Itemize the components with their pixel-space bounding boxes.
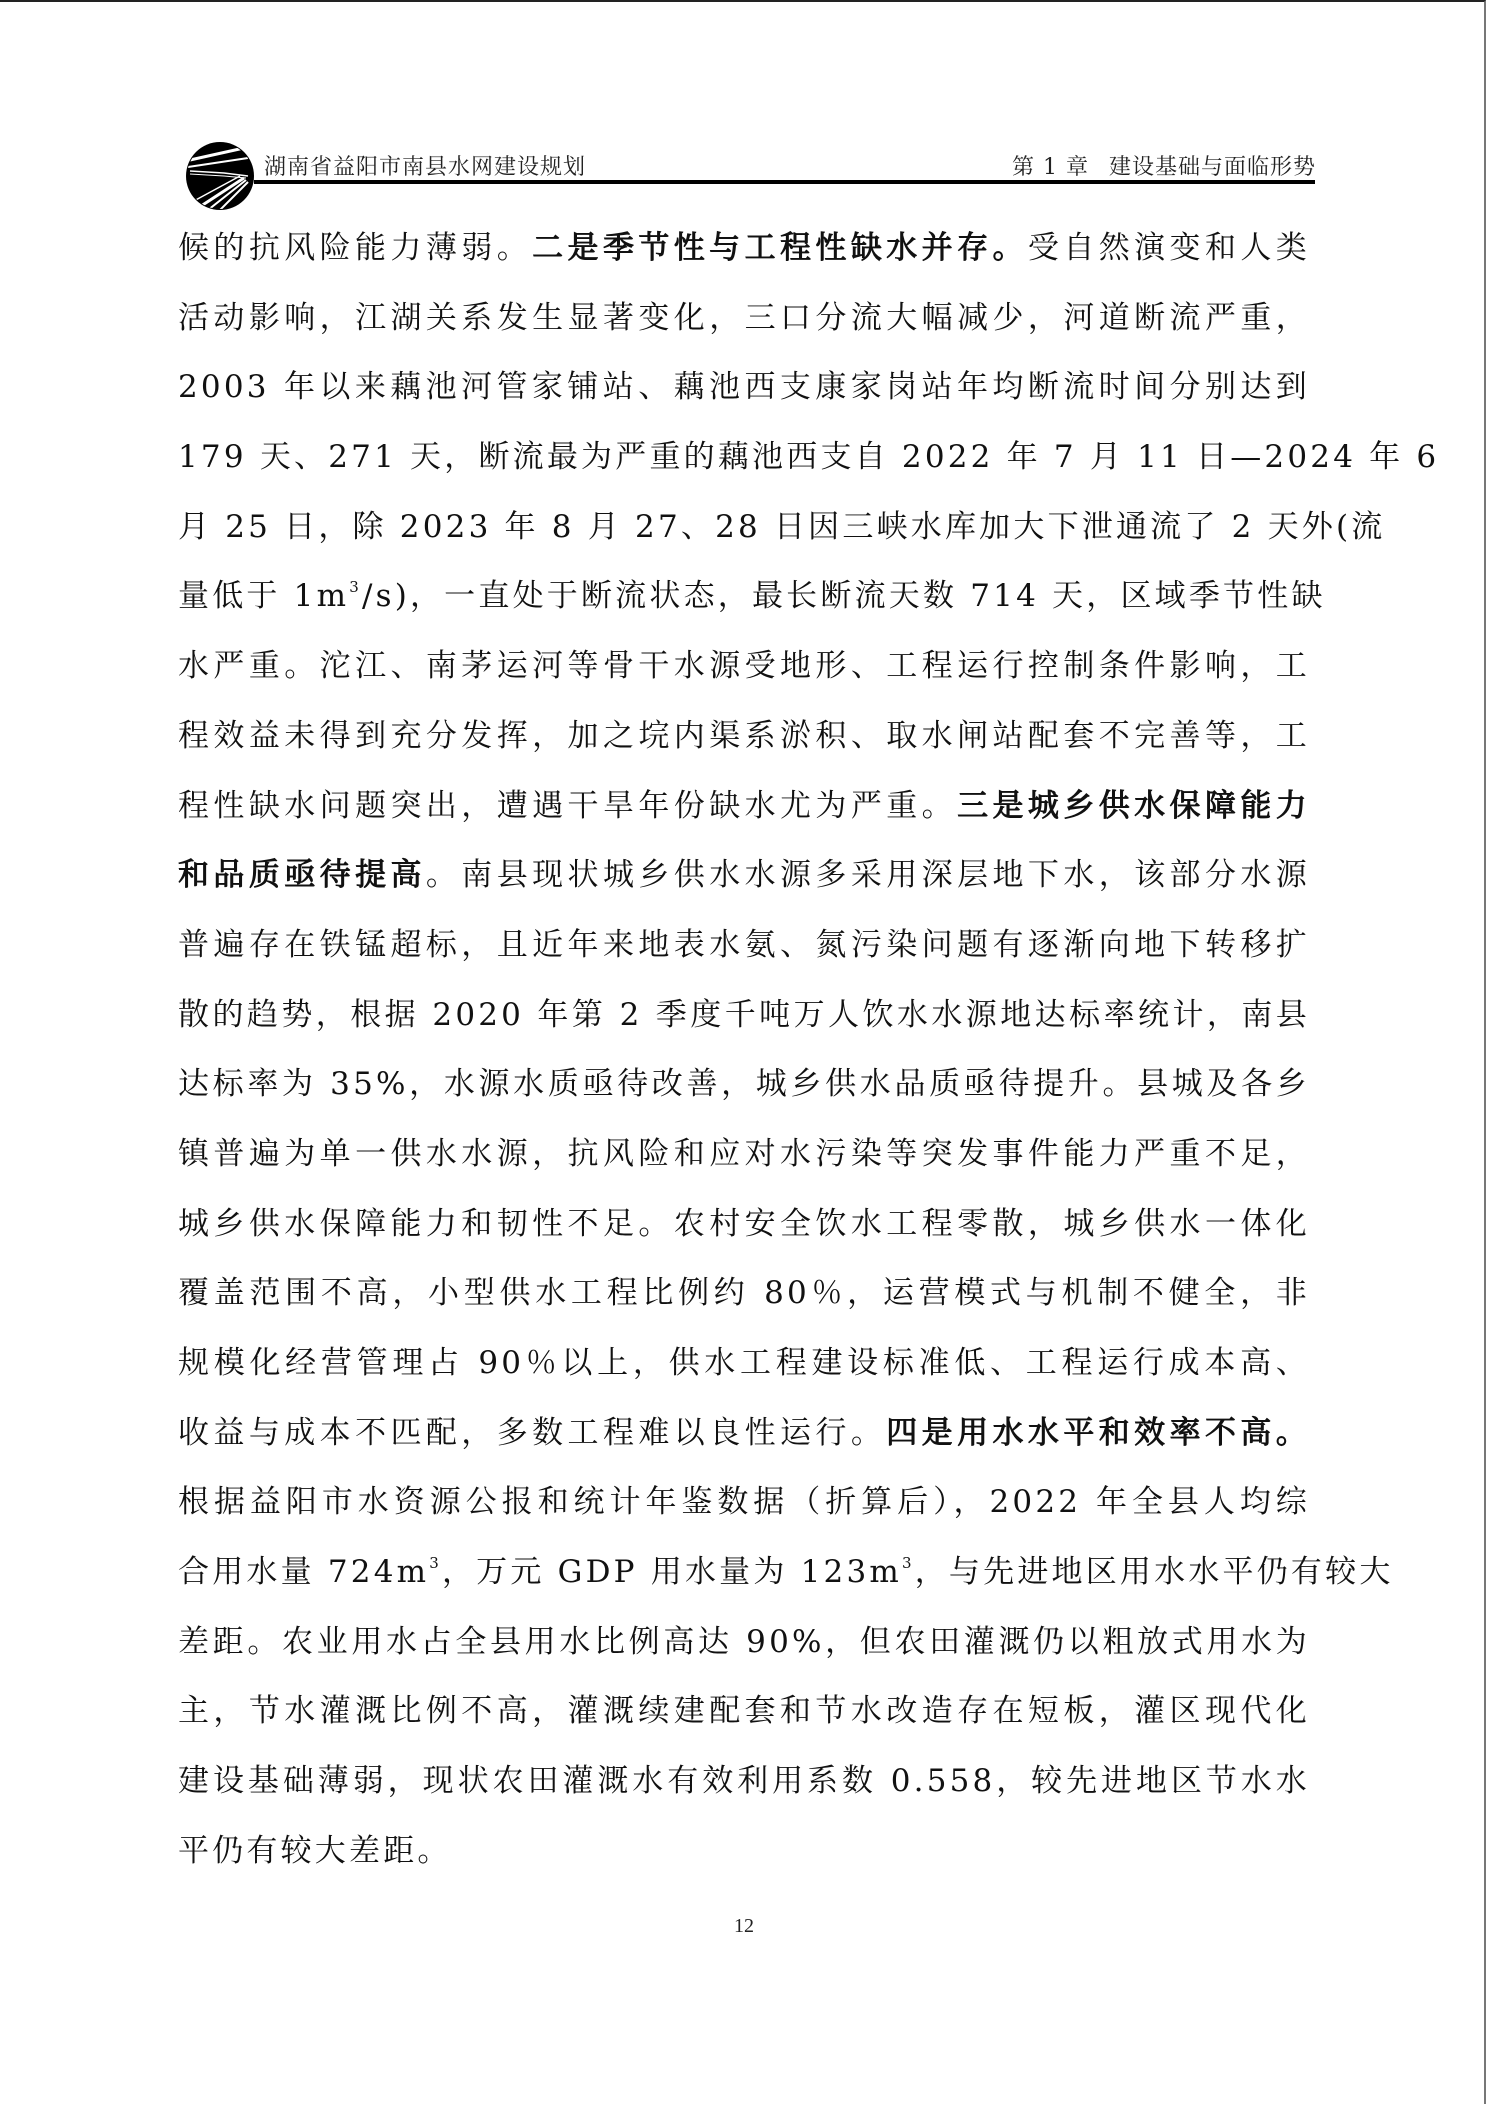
text-segment: 水严重。沱江、南茅运河等骨干水源受地形、工程运行控制条件影响，工 [178,648,1310,684]
text-segment: 程效益未得到充分发挥，加之垸内渠系淤积、取水闸站配套不完善等，工 [178,718,1310,754]
text-segment: 普遍存在铁锰超标，且近年来地表水氨、氮污染问题有逐渐向地下转移扩 [178,927,1310,963]
bold-heading-text: 二是季节性与工程性缺水并存。 [532,230,1028,266]
text-segment: 根据益阳市水资源公报和统计年鉴数据（折算后），2022 年全县人均综 [178,1484,1310,1520]
page-header: 湖南省益阳市南县水网建设规划 第 1 章建设基础与面临形势 [182,138,1312,198]
text-segment: 差距。农业用水占全县用水比例高达 90%，但农田灌溉仍以粗放式用水为 [178,1624,1310,1660]
text-segment: 建设基础薄弱，现状农田灌溉水有效利用系数 0.558，较先进地区节水水 [178,1763,1310,1799]
superscript: 3 [429,1554,442,1572]
chapter-title: 建设基础与面临形势 [1109,155,1316,180]
text-segment: 平仍有较大差距。 [178,1833,452,1869]
text-line: 合用水量 724m3，万元 GDP 用水量为 123m3，与先进地区用水水平仍有… [178,1546,1310,1616]
text-line: 差距。农业用水占全县用水比例高达 90%，但农田灌溉仍以粗放式用水为 [178,1616,1310,1686]
text-line: 水严重。沱江、南茅运河等骨干水源受地形、工程运行控制条件影响，工 [178,640,1310,710]
text-line: 散的趋势，根据 2020 年第 2 季度千吨万人饮水水源地达标率统计，南县 [178,989,1310,1059]
text-line: 2003 年以来藕池河管家铺站、藕池西支康家岗站年均断流时间分别达到 [178,361,1310,431]
text-line: 主，节水灌溉比例不高，灌溉续建配套和节水改造存在短板，灌区现代化 [178,1685,1310,1755]
text-segment: 2003 年以来藕池河管家铺站、藕池西支康家岗站年均断流时间分别达到 [178,369,1310,405]
text-line: 活动影响，江湖关系发生显著变化，三口分流大幅减少，河道断流严重， [178,292,1310,362]
text-segment: 受自然演变和人类 [1028,230,1310,266]
text-segment: 散的趋势，根据 2020 年第 2 季度千吨万人饮水水源地达标率统计，南县 [178,997,1310,1033]
text-segment: 覆盖范围不高，小型供水工程比例约 80％，运营模式与机制不健全，非 [178,1275,1310,1311]
text-segment: ，与先进地区用水水平仍有较大 [915,1554,1394,1590]
body-paragraph: 候的抗风险能力薄弱。二是季节性与工程性缺水并存。受自然演变和人类活动影响，江湖关… [178,222,1318,1895]
text-line: 程效益未得到充分发挥，加之垸内渠系淤积、取水闸站配套不完善等，工 [178,710,1310,780]
text-line: 179 天、271 天，断流最为严重的藕池西支自 2022 年 7 月 11 日… [178,431,1310,501]
text-line: 和品质亟待提高。南县现状城乡供水水源多采用深层地下水，该部分水源 [178,849,1310,919]
chapter-label: 第 1 章 [1012,155,1089,180]
text-line: 城乡供水保障能力和韧性不足。农村安全饮水工程零散，城乡供水一体化 [178,1198,1310,1268]
text-line: 平仍有较大差距。 [178,1825,1318,1895]
text-line: 覆盖范围不高，小型供水工程比例约 80％，运营模式与机制不健全，非 [178,1267,1310,1337]
chapter-heading: 第 1 章建设基础与面临形势 [1012,150,1316,181]
text-segment: 镇普遍为单一供水水源，抗风险和应对水污染等突发事件能力严重不足， [178,1136,1310,1172]
text-segment: 月 25 日，除 2023 年 8 月 27、28 日因三峡水库加大下泄通流了 … [178,509,1386,545]
bold-heading-text: 和品质亟待提高 [178,857,426,893]
text-segment: ，万元 GDP 用水量为 123m [442,1554,902,1590]
water-network-logo-icon [184,140,256,212]
text-segment: 量低于 1m [178,578,349,614]
text-segment: 程性缺水问题突出，遭遇干旱年份缺水尤为严重。 [178,788,957,824]
text-segment: 城乡供水保障能力和韧性不足。农村安全饮水工程零散，城乡供水一体化 [178,1206,1310,1242]
superscript: 3 [902,1554,915,1572]
bold-heading-text: 四是用水水平和效率不高。 [886,1415,1310,1451]
text-line: 收益与成本不匹配，多数工程难以良性运行。四是用水水平和效率不高。 [178,1407,1310,1477]
text-line: 普遍存在铁锰超标，且近年来地表水氨、氮污染问题有逐渐向地下转移扩 [178,919,1310,989]
document-title: 湖南省益阳市南县水网建设规划 [264,150,586,181]
text-line: 候的抗风险能力薄弱。二是季节性与工程性缺水并存。受自然演变和人类 [178,222,1310,292]
text-segment: 合用水量 724m [178,1554,429,1590]
text-line: 根据益阳市水资源公报和统计年鉴数据（折算后），2022 年全县人均综 [178,1476,1310,1546]
text-segment: 达标率为 35%，水源水质亟待改善，城乡供水品质亟待提升。县城及各乡 [178,1066,1310,1102]
text-line: 建设基础薄弱，现状农田灌溉水有效利用系数 0.558，较先进地区节水水 [178,1755,1310,1825]
text-line: 达标率为 35%，水源水质亟待改善，城乡供水品质亟待提升。县城及各乡 [178,1058,1310,1128]
text-line: 量低于 1m3/s)，一直处于断流状态，最长断流天数 714 天，区域季节性缺 [178,570,1310,640]
text-segment: 。南县现状城乡供水水源多采用深层地下水，该部分水源 [426,857,1310,893]
page-number: 12 [0,1915,1488,1938]
text-segment: 179 天、271 天，断流最为严重的藕池西支自 2022 年 7 月 11 日… [178,439,1439,475]
text-segment: 规模化经营管理占 90％以上，供水工程建设标准低、工程运行成本高、 [178,1345,1310,1381]
text-segment: 活动影响，江湖关系发生显著变化，三口分流大幅减少，河道断流严重， [178,300,1310,336]
text-line: 规模化经营管理占 90％以上，供水工程建设标准低、工程运行成本高、 [178,1337,1310,1407]
text-line: 月 25 日，除 2023 年 8 月 27、28 日因三峡水库加大下泄通流了 … [178,501,1310,571]
bold-heading-text: 三是城乡供水保障能力 [957,788,1310,824]
text-segment: 候的抗风险能力薄弱。 [178,230,532,266]
text-segment: /s)，一直处于断流状态，最长断流天数 714 天，区域季节性缺 [362,578,1326,614]
text-line: 镇普遍为单一供水水源，抗风险和应对水污染等突发事件能力严重不足， [178,1128,1310,1198]
text-segment: 收益与成本不匹配，多数工程难以良性运行。 [178,1415,886,1451]
text-line: 程性缺水问题突出，遭遇干旱年份缺水尤为严重。三是城乡供水保障能力 [178,780,1310,850]
superscript: 3 [349,578,362,596]
text-segment: 主，节水灌溉比例不高，灌溉续建配套和节水改造存在短板，灌区现代化 [178,1693,1310,1729]
